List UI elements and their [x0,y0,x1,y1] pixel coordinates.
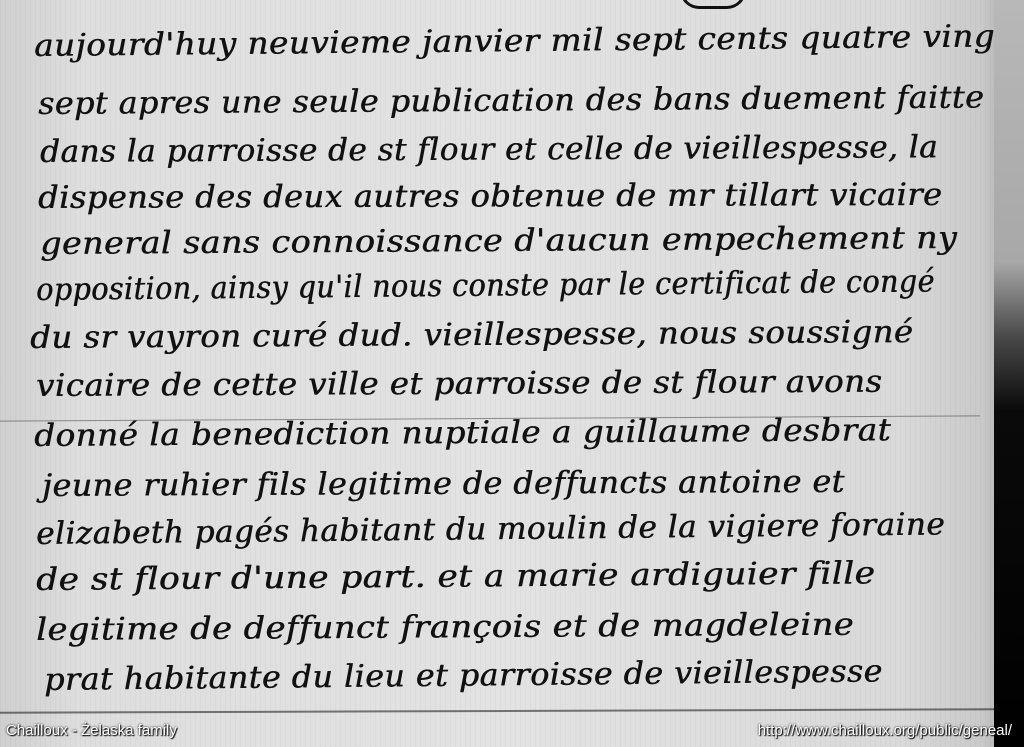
manuscript-line: general sans connoissance d'aucun empech… [40,220,957,262]
manuscript-line: dans la parroisse de st flour et celle d… [40,129,938,170]
manuscript-line: opposition, ainsy qu'il nous conste par … [36,263,935,308]
scanned-document-page: aujourd'huy neuvieme janvier mil sept ce… [0,0,1024,747]
manuscript-line: aujourd'huy neuvieme janvier mil sept ce… [34,18,1009,64]
family-caption: Chailloux - Żelaska family [6,722,177,739]
ruled-line [0,708,1000,713]
manuscript-line: dispense des deux autres obtenue de mr t… [38,177,942,216]
manuscript-line: legitime de deffunct françois et de magd… [36,607,854,648]
manuscript-line: elizabeth pagés habitant du moulin de la… [36,506,945,552]
scan-border [994,0,1024,747]
source-url-caption: http://www.chailloux.org/public/geneal/ [758,722,1012,739]
manuscript-line: prat habitante du lieu et parroisse de v… [44,653,883,698]
manuscript-text: aujourd'huy neuvieme janvier mil sept ce… [0,0,1000,700]
manuscript-line: vicaire de cette ville et parroisse de s… [36,364,882,404]
manuscript-line: de st flour d'une part. et a marie ardig… [36,555,876,598]
manuscript-line: du sr vayron curé dud. vieillespesse, no… [30,314,914,356]
manuscript-line: sept apres une seule publication des ban… [38,80,984,122]
manuscript-line: jeune ruhier fils legitime de deffuncts … [42,464,845,504]
